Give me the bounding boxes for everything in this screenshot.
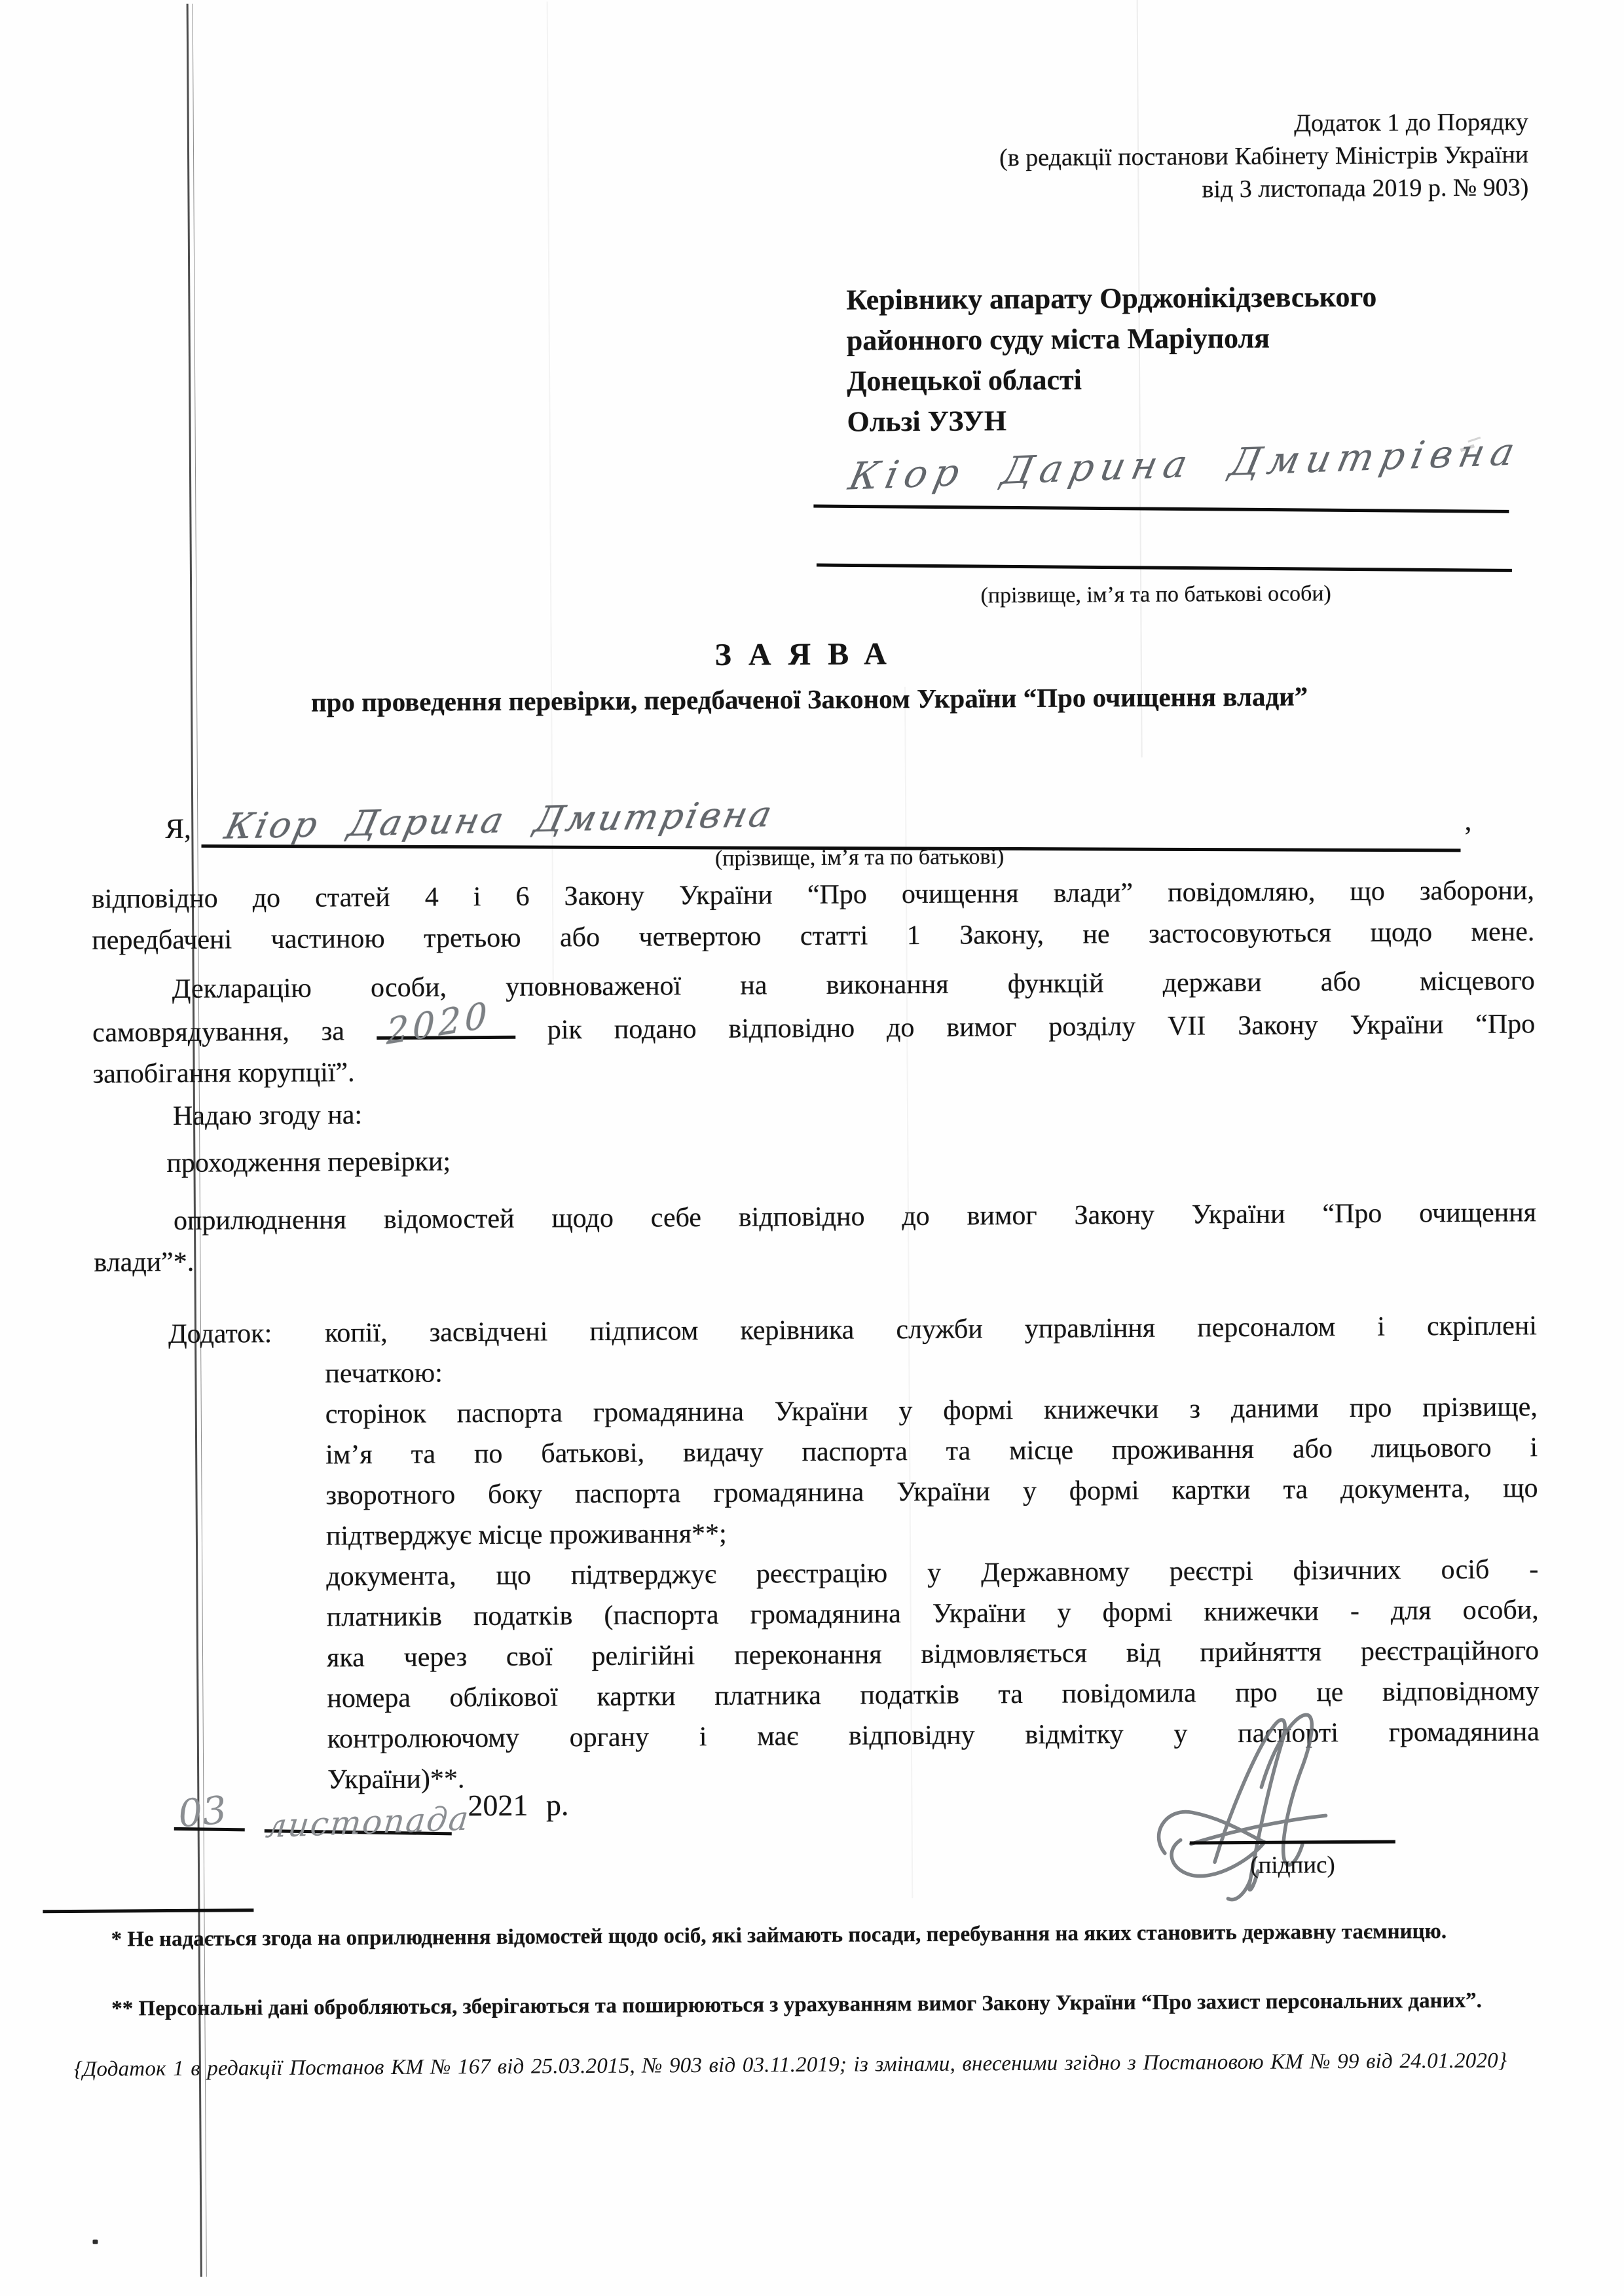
name-underline (813, 505, 1509, 513)
document-subtitle: про проведення перевірки, передбаченої З… (89, 679, 1530, 719)
attachment-item1-line: зворотного боку паспорта громадянина Укр… (325, 1468, 1538, 1516)
paragraph-line: оприлюднення відомостей щодо себе відпов… (94, 1192, 1536, 1242)
attachment-item1-line: підтверджує місце проживання**; (326, 1508, 1538, 1556)
handwritten-declarant-name: Кіор Дарина Дмитрівна (221, 793, 779, 847)
attachment-item1-line: сторінок паспорта громадянина України у … (325, 1387, 1538, 1434)
paragraph-line-with-year: самоврядування, за 2020 рік подано відпо… (92, 1002, 1535, 1053)
date-year-label: 2021 р. (468, 1787, 568, 1823)
scan-dot-artifact (92, 2240, 98, 2244)
year-underline: 2020 (377, 1008, 515, 1040)
trailing-comma: , (1460, 805, 1471, 840)
annex-reference: Додаток 1 до Порядку (в редакції постано… (999, 105, 1529, 207)
scanned-document-page: Додаток 1 до Порядку (в редакції постано… (0, 0, 1624, 2296)
recipient-line-2: районного суду міста Маріуполя (847, 316, 1541, 361)
attachment-item1-line: ім’я та по батькові, видачу паспорта та … (325, 1427, 1538, 1475)
attachment-intro-line: копії, засвідчені підписом керівника слу… (325, 1305, 1537, 1353)
consent-item-check: проходження перевірки; (93, 1135, 1536, 1184)
recipient-line-1: Керівнику апарату Орджонікідзевського (846, 276, 1540, 320)
attachment-item2-line: платників податків (паспорта громадянина… (327, 1590, 1539, 1637)
year-suffix-text: рік подано відповідно до вимог розділу V… (547, 1009, 1536, 1045)
footnote-1: * Не надається згода на оприлюднення від… (111, 1920, 1447, 1952)
handwritten-month: листопада (264, 1799, 471, 1845)
scan-content: Додаток 1 до Порядку (в редакції постано… (0, 0, 1624, 2296)
paragraph-line: передбачені частиною третьою або четверт… (92, 911, 1534, 961)
consent-item-publish: оприлюднення відомостей щодо себе відпов… (94, 1192, 1537, 1283)
year-prefix-text: самоврядування, за (92, 1016, 344, 1048)
annex-line-3: від 3 листопада 2019 р. № 903) (999, 171, 1528, 207)
attachment-label: Додаток: (94, 1313, 328, 1802)
recipient-block: Керівнику апарату Орджонікідзевського ра… (846, 276, 1541, 442)
signature-caption: (підпис) (1190, 1851, 1395, 1880)
paragraph-declaration: Декларацію особи, уповноваженої на викон… (92, 960, 1536, 1095)
declarant-line: Я, Кіор Дарина Дмитрівна , (91, 788, 1471, 848)
paragraph-line: влади”*. (94, 1233, 1536, 1283)
annex-line-2: (в редакції постанови Кабінету Міністрів… (999, 138, 1528, 174)
consent-intro: Надаю згоду на: (93, 1087, 1536, 1137)
annex-line-1: Додаток 1 до Порядку (999, 105, 1528, 141)
attachment-item2-line: документа, що підтверджує реєстрацію у Д… (326, 1549, 1538, 1597)
handwritten-day: 03 (176, 1787, 229, 1836)
paragraph-line: запобігання корупції”. (92, 1045, 1535, 1095)
document-title: ЗАЯВА (0, 631, 1621, 677)
ya-prefix: Я, (91, 813, 191, 848)
attachment-intro-line: печаткою: (325, 1346, 1537, 1394)
attachment-item2-line: яка через свої релігійні переконання від… (327, 1630, 1539, 1678)
paragraph-law-reference: відповідно до статей 4 і 6 Закону Україн… (92, 870, 1535, 961)
date-line: 03 листопада 2021 р. (97, 1768, 687, 1844)
revision-note: {Додаток 1 в редакції Постанов КМ № 167 … (74, 2049, 1507, 2082)
footnote-separator (43, 1908, 253, 1913)
name-caption: (прізвище, ім’я та по батькові особи) (861, 581, 1450, 609)
recipient-line-3: Донецької області (847, 357, 1541, 401)
month-underline: листопада (265, 1773, 452, 1835)
day-underline: 03 (174, 1771, 246, 1832)
blank-underline (817, 564, 1512, 572)
footnote-2: ** Персональні дані обробляються, зберіг… (111, 1989, 1482, 2022)
